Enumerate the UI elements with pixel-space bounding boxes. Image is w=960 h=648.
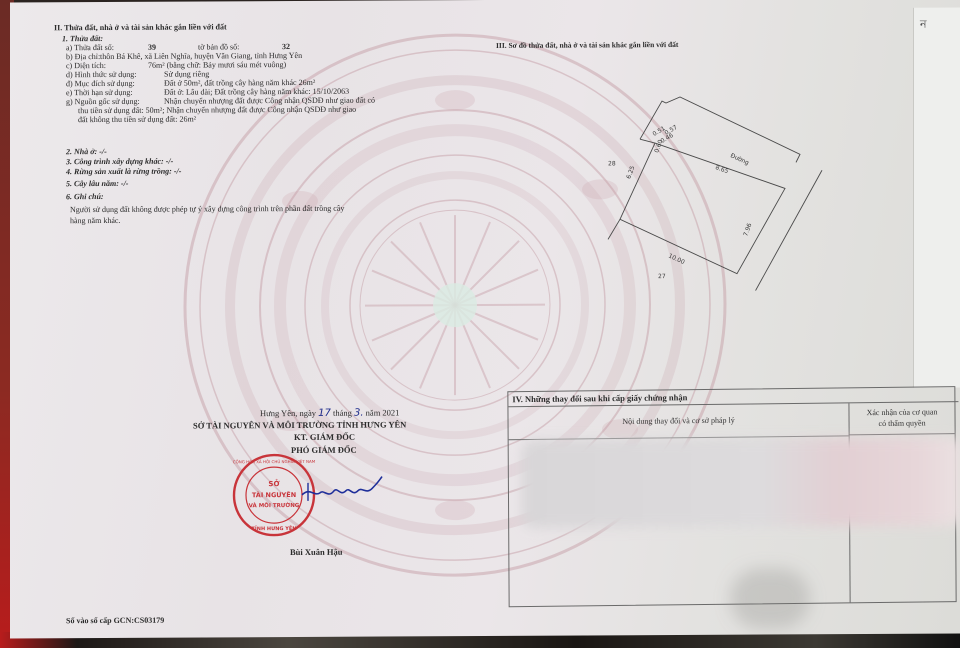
- notes-line1: Người sử dụng đất không được phép tự ý x…: [70, 204, 344, 215]
- signer-name: Bùi Xuân Hậu: [290, 547, 342, 557]
- svg-text:28: 28: [608, 160, 616, 167]
- svg-text:10.00: 10.00: [667, 252, 686, 266]
- certificate-page: ন II. Thửa đất, nhà ở và tài sản khác gắ…: [10, 0, 960, 638]
- col-authority-confirmation: Xác nhận của cơ quan có thẩm quyền: [848, 402, 954, 435]
- item-planted-forest: 4. Rừng sản xuất là rừng trồng: -/-: [66, 167, 181, 178]
- svg-text:27: 27: [658, 273, 666, 280]
- issuing-org: SỞ TÀI NGUYÊN VÀ MÔI TRƯỜNG TỈNH HƯNG YÊ…: [193, 419, 406, 430]
- svg-text:6.25: 6.25: [625, 165, 636, 180]
- signature-scribble: [300, 468, 400, 509]
- shadow: [730, 568, 810, 628]
- item-house: 2. Nhà ở: -/-: [66, 147, 107, 157]
- svg-text:TỈNH HƯNG YÊN: TỈNH HƯNG YÊN: [252, 524, 297, 532]
- underlying-sheet-edge: ন: [913, 8, 960, 388]
- svg-text:VÀ MÔI TRƯỜNG: VÀ MÔI TRƯỜNG: [249, 502, 300, 509]
- place-date: Hưng Yên, ngày 17 tháng 3. năm 2021: [260, 407, 399, 419]
- redacted-change-entry: [522, 438, 960, 528]
- svg-text:7.96: 7.96: [742, 222, 753, 237]
- notes-label: 6. Ghi chú:: [66, 192, 104, 202]
- parcel-diagram: Đường 0.51 0.57 0.46 0.60 6.25 8.65 7.96…: [600, 90, 840, 291]
- scrap-text: ন: [920, 16, 927, 35]
- col-change-content: Nội dung thay đổi và cơ sở pháp lý: [508, 403, 848, 440]
- origin-line3: đất không thu tiền sử dụng đất: 26m²: [78, 115, 196, 126]
- svg-text:TÀI NGUYÊN: TÀI NGUYÊN: [252, 490, 296, 499]
- notes-line2: hàng năm khác.: [70, 216, 120, 226]
- item-perennial-trees: 5. Cây lâu năm: -/-: [66, 179, 128, 189]
- section2-title: II. Thửa đất, nhà ở và tài sản khác gắn …: [54, 22, 227, 33]
- registry-number: Số vào sổ cấp GCN:CS03179: [66, 616, 164, 627]
- road-label: Đường: [729, 152, 750, 167]
- svg-text:CỘNG HÒA XÃ HỘI CHỦ NGHĨA VIỆT: CỘNG HÒA XÃ HỘI CHỦ NGHĨA VIỆT NAM: [233, 459, 316, 464]
- item-other-construction: 3. Công trình xây dựng khác: -/-: [66, 157, 173, 168]
- svg-text:8.65: 8.65: [714, 164, 729, 175]
- svg-text:SỞ: SỞ: [268, 478, 279, 488]
- section3-title: III. Sơ đồ thửa đất, nhà ở và tài sản kh…: [496, 40, 678, 51]
- role-acting-director: KT. GIÁM ĐỐC: [294, 432, 355, 442]
